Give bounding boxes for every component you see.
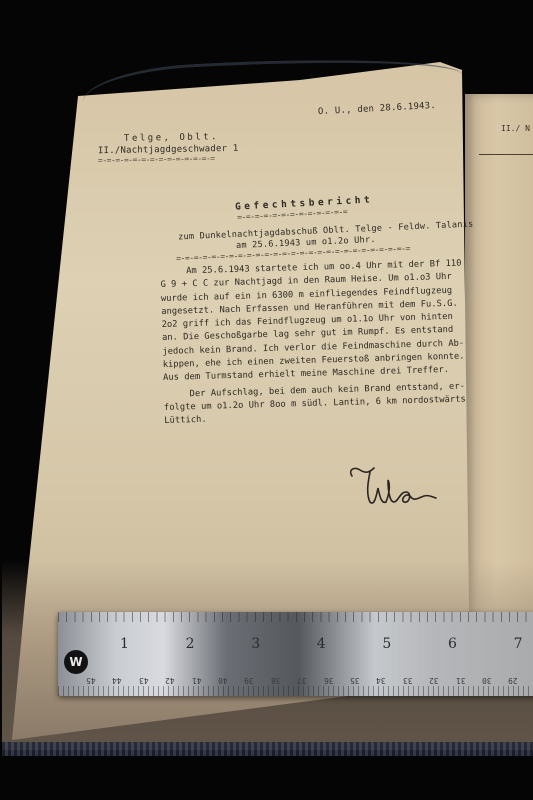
cm-mark: 30 [482, 676, 492, 685]
report-body: Am 25.6.1943 startete ich um oo.4 Uhr mi… [160, 257, 494, 429]
inch-mark: 5 [382, 636, 391, 652]
sender-underline: =-=-=-=-=-=-=-=-=-=-=-=-=-= [98, 154, 215, 165]
place-date: O. U., den 28.6.1943. [318, 101, 436, 117]
cm-mark: 38 [271, 676, 281, 685]
cm-mark: 35 [350, 676, 360, 685]
sleeve-binding-edge [2, 742, 533, 756]
inch-mark: 3 [251, 636, 260, 652]
cm-mark: 33 [403, 676, 413, 685]
cm-mark: 42 [165, 676, 175, 685]
inch-mark: 6 [448, 636, 457, 652]
inch-mark: 7 [514, 636, 523, 652]
cm-mark: 34 [376, 676, 386, 685]
photo-scene: II./ N Telge, Oblt. II./Nachtjagdgeschwa… [0, 0, 533, 800]
inch-mark: 4 [317, 636, 326, 652]
ruler-brand-logo: W [64, 650, 88, 674]
handwritten-signature [344, 462, 454, 516]
inch-ticks [58, 612, 533, 622]
cm-mark: 31 [456, 676, 466, 685]
cm-mark: 39 [244, 676, 254, 685]
metal-ruler: W 12345674544434241403938373635343332313… [58, 612, 533, 696]
inch-mark: 1 [120, 636, 129, 652]
cm-mark: 40 [218, 676, 228, 685]
sender-name: Telge, Oblt. [124, 132, 219, 144]
cm-mark: 45 [86, 676, 96, 685]
cm-mark: 36 [324, 676, 334, 685]
cm-mark: 32 [429, 676, 439, 685]
cm-mark: 44 [112, 676, 122, 685]
cm-mark: 29 [508, 676, 518, 685]
inch-mark: 2 [186, 636, 195, 652]
cm-mark: 43 [139, 676, 149, 685]
cm-mark: 41 [192, 676, 202, 685]
cm-mark: 37 [297, 676, 307, 685]
cm-ticks [58, 686, 533, 696]
